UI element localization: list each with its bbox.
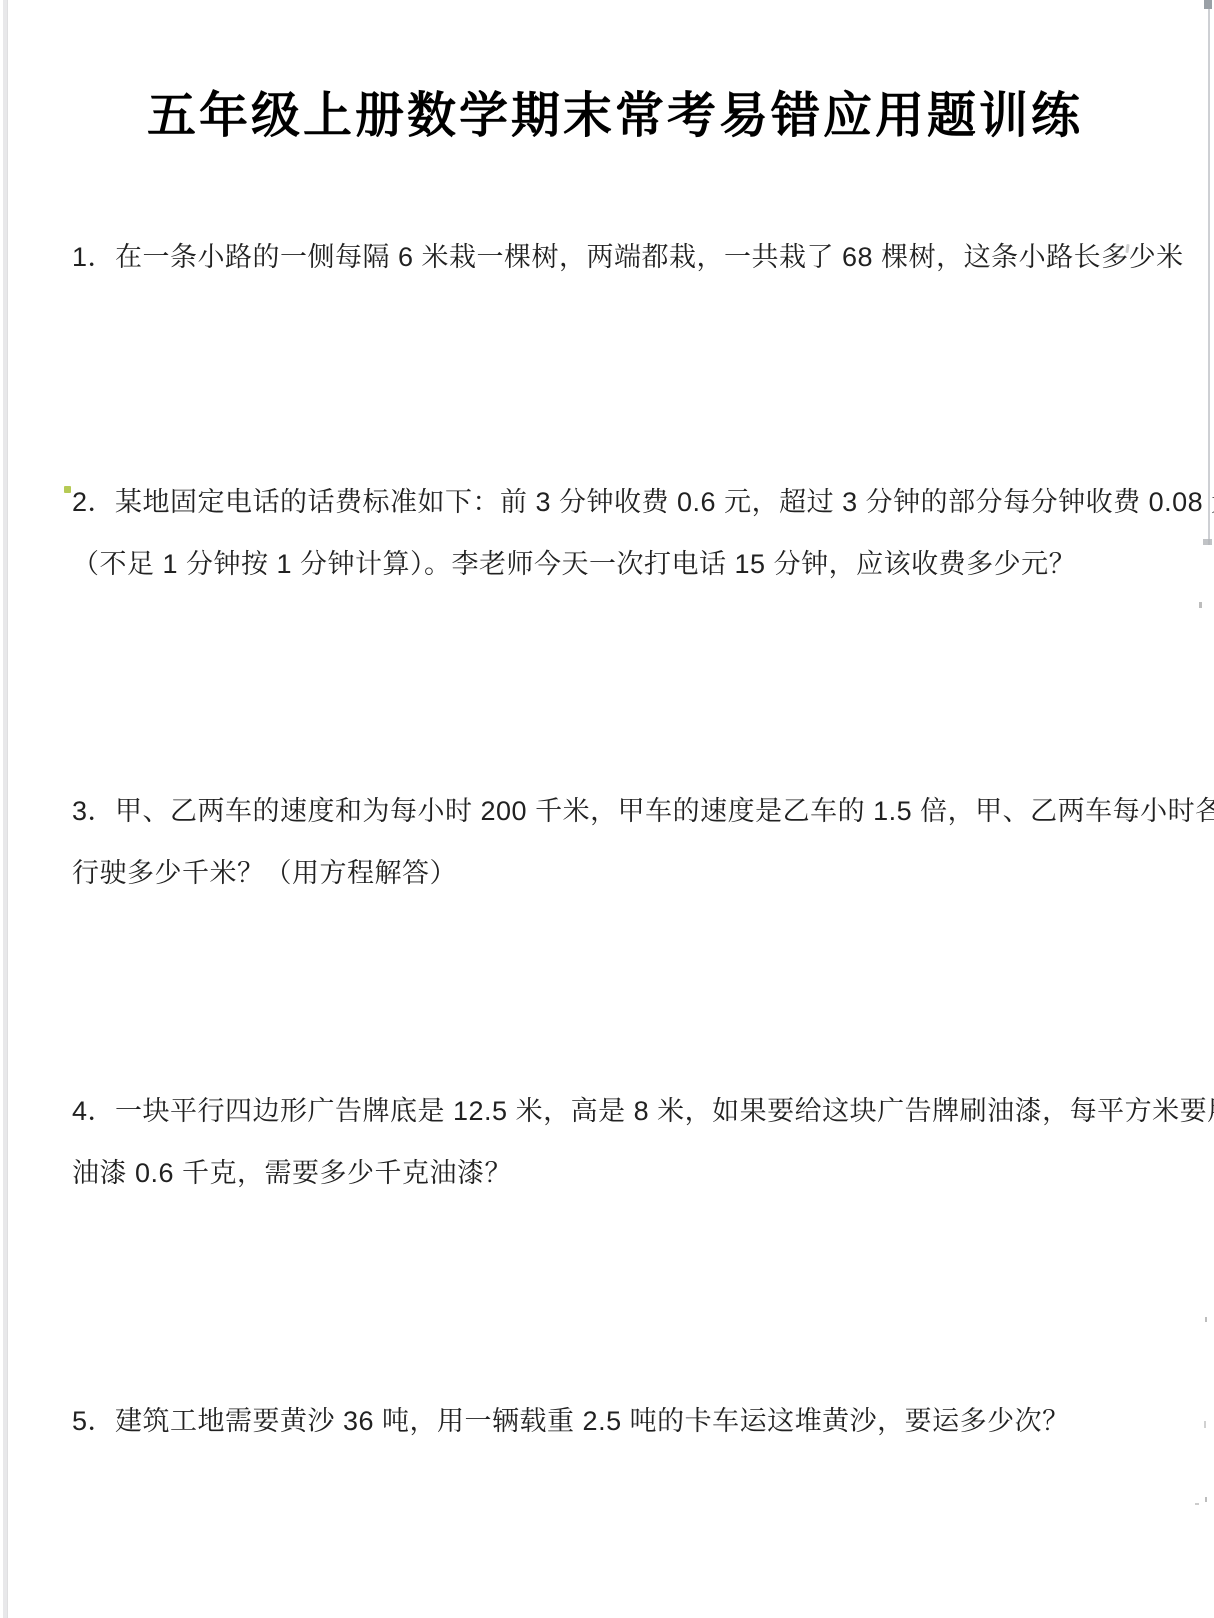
question-2: 2．某地固定电话的话费标准如下：前 3 分钟收费 0.6 元，超过 3 分钟的部…: [72, 471, 1168, 595]
scan-speck: [1205, 1497, 1207, 1502]
question-2-line-2: （不足 1 分钟按 1 分钟计算）。李老师今天一次打电话 15 分钟，应该收费多…: [72, 533, 1168, 595]
page-right-edge-cap: [1203, 539, 1212, 545]
question-1-line-1: 1．在一条小路的一侧每隔 6 米栽一棵树，两端都栽，一共栽了 68 棵树，这条小…: [72, 226, 1168, 288]
worksheet-page: 五年级上册数学期末常考易错应用题训练 1．在一条小路的一侧每隔 6 米栽一棵树，…: [0, 0, 1214, 1618]
question-4: 4．一块平行四边形广告牌底是 12.5 米，高是 8 米，如果要给这块广告牌刷油…: [72, 1080, 1168, 1204]
question-2-line-1: 2．某地固定电话的话费标准如下：前 3 分钟收费 0.6 元，超过 3 分钟的部…: [72, 471, 1168, 533]
annotation-dot: [64, 486, 71, 493]
question-1: 1．在一条小路的一侧每隔 6 米栽一棵树，两端都栽，一共栽了 68 棵树，这条小…: [72, 226, 1168, 288]
question-5-line-1: 5．建筑工地需要黄沙 36 吨，用一辆载重 2.5 吨的卡车运这堆黄沙，要运多少…: [72, 1390, 1168, 1452]
scan-speck: [1195, 1503, 1199, 1505]
scan-speck: [1204, 1421, 1206, 1428]
question-3-line-1: 3．甲、乙两车的速度和为每小时 200 千米，甲车的速度是乙车的 1.5 倍，甲…: [72, 780, 1168, 842]
page-left-edge-line: [3, 0, 8, 1618]
question-3: 3．甲、乙两车的速度和为每小时 200 千米，甲车的速度是乙车的 1.5 倍，甲…: [72, 780, 1168, 904]
question-3-line-2: 行驶多少千米？（用方程解答）: [72, 842, 1168, 904]
scan-speck: [1205, 1317, 1207, 1322]
page-title: 五年级上册数学期末常考易错应用题训练: [8, 90, 1214, 142]
scan-speck: [1199, 602, 1202, 608]
question-4-line-1: 4．一块平行四边形广告牌底是 12.5 米，高是 8 米，如果要给这块广告牌刷油…: [72, 1080, 1168, 1142]
page-right-edge-line: [1208, 0, 1210, 545]
question-4-line-2: 油漆 0.6 千克，需要多少千克油漆？: [72, 1142, 1168, 1204]
scrollbar-thumb[interactable]: [1204, 0, 1212, 9]
question-5: 5．建筑工地需要黄沙 36 吨，用一辆载重 2.5 吨的卡车运这堆黄沙，要运多少…: [72, 1390, 1168, 1452]
